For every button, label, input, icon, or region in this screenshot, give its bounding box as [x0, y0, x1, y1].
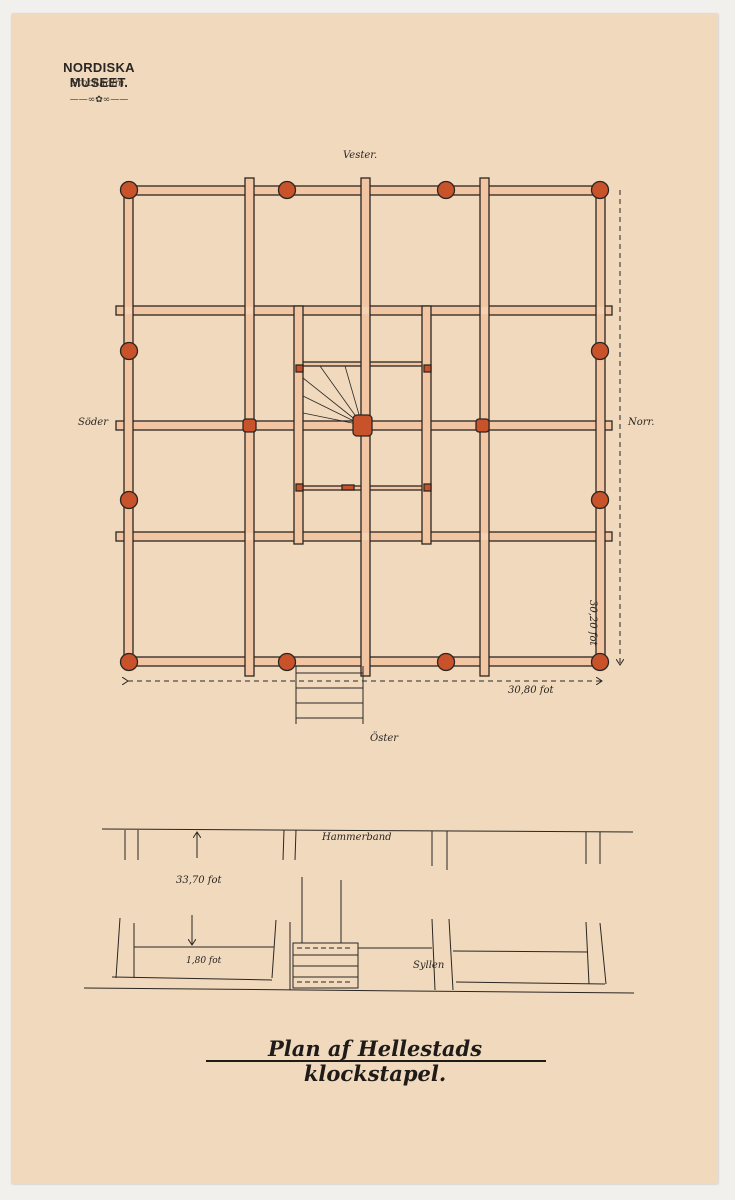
- title-underline: [206, 1060, 546, 1062]
- height-dimension-label: 33,70 fot: [176, 875, 222, 886]
- spiral-stair-lines: [303, 366, 362, 425]
- compass-south-label: Söder: [78, 417, 108, 428]
- floor-plan-drawing: [0, 0, 735, 1200]
- compass-west-label: Vester.: [343, 150, 377, 161]
- hammerband-label: Hammerband: [322, 832, 392, 843]
- height-arrows: [192, 832, 197, 945]
- sill-height-label: 1,80 fot: [186, 956, 221, 966]
- depth-dimension-label: 30,20 fot: [587, 600, 598, 646]
- width-dimension-label: 30,80 fot: [508, 685, 554, 696]
- entrance-steps: [296, 666, 363, 724]
- compass-east-label: Öster: [370, 733, 398, 744]
- dimension-lines: [128, 190, 620, 681]
- sill-label: Syllen: [413, 960, 444, 971]
- section-drawing: [84, 829, 634, 993]
- compass-north-label: Norr.: [628, 417, 654, 428]
